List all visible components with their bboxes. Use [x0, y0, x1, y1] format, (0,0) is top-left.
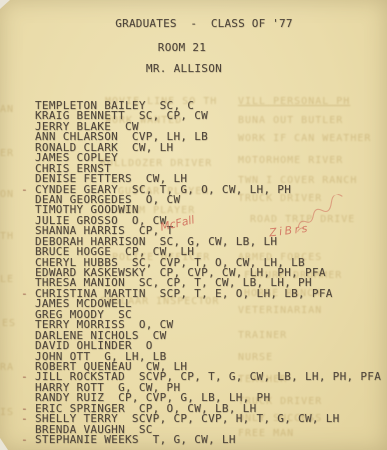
- flag-dash-mark: -: [21, 435, 28, 445]
- bleedthrough-text: TH: [0, 231, 14, 242]
- bleedthrough-text: LE: [0, 274, 14, 285]
- bleedthrough-text: IS: [0, 407, 14, 418]
- bleedthrough-text: ON: [0, 189, 14, 200]
- paper-corner-bottom-left: [0, 438, 8, 450]
- page-title: GRADUATES - CLASS OF '77: [115, 17, 292, 30]
- bleedthrough-text: ES: [2, 318, 16, 329]
- roster-entry-text: STEPHANIE WEEKS T, G, CW, LH: [35, 433, 236, 446]
- bleedthrough-text: AN: [0, 104, 14, 115]
- roster: TEMPLETON BAILEY SC, CKRAIG BENNETT SC, …: [35, 101, 381, 445]
- flag-dash-mark: -: [21, 414, 28, 424]
- roster-row: -STEPHANIE WEEKS T, G, CW, LH: [35, 435, 381, 445]
- flag-dash-mark: -: [21, 372, 28, 382]
- teacher-name: MR. ALLISON: [146, 62, 222, 75]
- flag-dash-mark: -: [21, 185, 28, 195]
- flag-dash-mark: -: [21, 289, 28, 299]
- document-page: VILL PERSONAL PHBUNA OUT BUTLERWORK IF C…: [0, 0, 387, 450]
- bleedthrough-text: RA: [0, 362, 14, 373]
- paper-corner-top-left: [0, 0, 10, 9]
- room-number: ROOM 21: [158, 41, 206, 54]
- bleedthrough-text: ER: [0, 148, 14, 159]
